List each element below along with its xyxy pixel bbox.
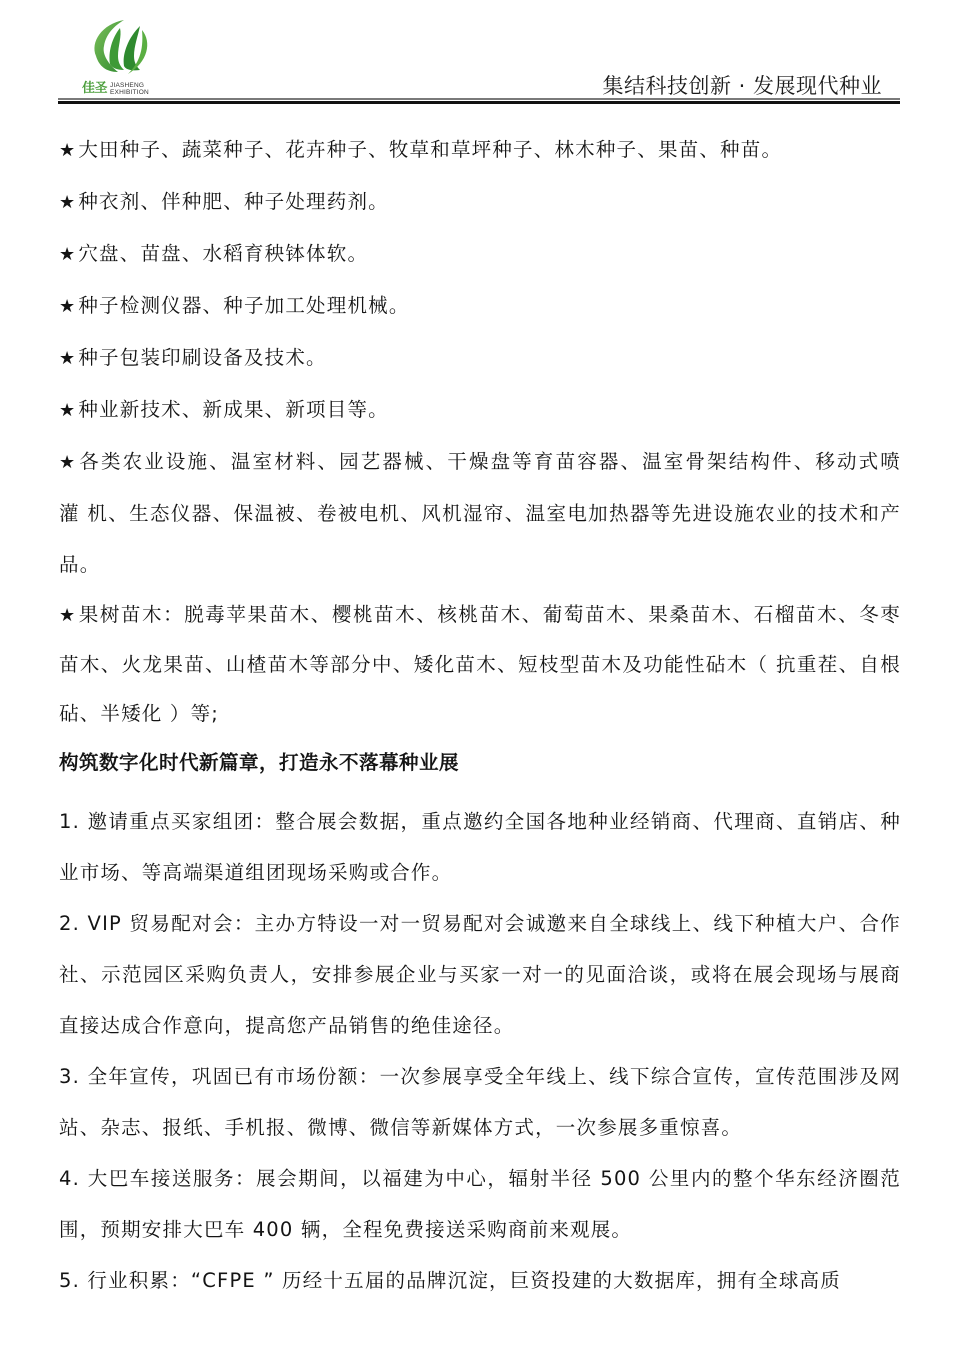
scope-item: ★穴盘、苗盘、水稻育秧钵体软。 [59, 228, 901, 280]
header-divider-thick [58, 101, 900, 104]
logo-en-text: JIASHENG EXHIBITION [110, 82, 149, 96]
star-bullet-icon: ★ [59, 605, 77, 626]
advantage-item: 4. 大巴车接送服务：展会期间，以福建为中心，辐射半径 500 公里内的整个华东… [59, 1153, 901, 1255]
scope-item-text: 种子检测仪器、种子加工处理机械。 [78, 294, 409, 317]
advantage-item: 3. 全年宣传，巩固已有市场份额：一次参展享受全年线上、线下综合宣传，宣传范围涉… [59, 1051, 901, 1153]
star-bullet-icon: ★ [59, 192, 76, 213]
scope-item-text: 果树苗木：脱毒苹果苗木、樱桃苗木、核桃苗木、葡萄苗木、果桑苗木、石榴苗木、冬枣苗… [59, 603, 901, 725]
star-bullet-icon: ★ [59, 348, 76, 369]
scope-item-text: 种子包装印刷设备及技术。 [78, 346, 326, 369]
scope-item: ★种子包装印刷设备及技术。 [59, 332, 901, 384]
scope-item-text: 穴盘、苗盘、水稻育秧钵体软。 [78, 242, 368, 265]
star-bullet-icon: ★ [59, 140, 76, 161]
logo-en-line1: JIASHENG [110, 82, 144, 89]
scope-item: ★各类农业设施、温室材料、园艺器械、干燥盘等育苗容器、温室骨架结构件、移动式喷 … [59, 436, 901, 590]
advantages-list: 1. 邀请重点买家组团：整合展会数据，重点邀约全国各地种业经销商、代理商、直销店… [59, 796, 901, 1306]
star-bullet-icon: ★ [59, 296, 76, 317]
scope-item: ★种衣剂、伴种肥、种子处理药剂。 [59, 176, 901, 228]
scope-item: ★大田种子、蔬菜种子、花卉种子、牧草和草坪种子、林木种子、果苗、种苗。 [59, 124, 901, 176]
scope-item: ★种业新技术、新成果、新项目等。 [59, 384, 901, 436]
scope-item-text: 种衣剂、伴种肥、种子处理药剂。 [78, 190, 389, 213]
leaf-logo-icon [84, 16, 154, 78]
jiasheng-logo: 佳圣 JIASHENG EXHIBITION [82, 16, 162, 96]
logo-wordmark: 佳圣 JIASHENG EXHIBITION [82, 80, 182, 98]
logo-en-line2: EXHIBITION [110, 89, 149, 96]
advantage-item: 5. 行业积累：“CFPE ” 历经十五届的品牌沉淀，巨资投建的大数据库，拥有全… [59, 1255, 901, 1306]
scope-item-text: 大田种子、蔬菜种子、花卉种子、牧草和草坪种子、林木种子、果苗、种苗。 [78, 138, 782, 161]
page-header: 佳圣 JIASHENG EXHIBITION 集结科技创新 · 发展现代种业 [0, 0, 960, 110]
advantage-item: 2. VIP 贸易配对会：主办方特设一对一贸易配对会诚邀来自全球线上、线下种植大… [59, 898, 901, 1051]
star-bullet-icon: ★ [59, 452, 77, 473]
advantage-item: 1. 邀请重点买家组团：整合展会数据，重点邀约全国各地种业经销商、代理商、直销店… [59, 796, 901, 898]
logo-cn-text: 佳圣 [82, 82, 107, 96]
scope-item: ★种子检测仪器、种子加工处理机械。 [59, 280, 901, 332]
scope-item: ★果树苗木：脱毒苹果苗木、樱桃苗木、核桃苗木、葡萄苗木、果桑苗木、石榴苗木、冬枣… [59, 590, 901, 738]
star-bullet-icon: ★ [59, 244, 76, 265]
header-divider-thin [58, 98, 900, 100]
header-slogan: 集结科技创新 · 发展现代种业 [602, 70, 882, 100]
exhibit-scope-list: ★大田种子、蔬菜种子、花卉种子、牧草和草坪种子、林木种子、果苗、种苗。 ★种衣剂… [59, 124, 901, 738]
scope-item-text: 种业新技术、新成果、新项目等。 [78, 398, 389, 421]
section-heading: 构筑数字化时代新篇章，打造永不落幕种业展 [59, 738, 901, 788]
star-bullet-icon: ★ [59, 400, 76, 421]
scope-item-text: 各类农业设施、温室材料、园艺器械、干燥盘等育苗容器、温室骨架结构件、移动式喷 灌… [59, 450, 922, 576]
document-body: ★大田种子、蔬菜种子、花卉种子、牧草和草坪种子、林木种子、果苗、种苗。 ★种衣剂… [59, 124, 901, 1306]
